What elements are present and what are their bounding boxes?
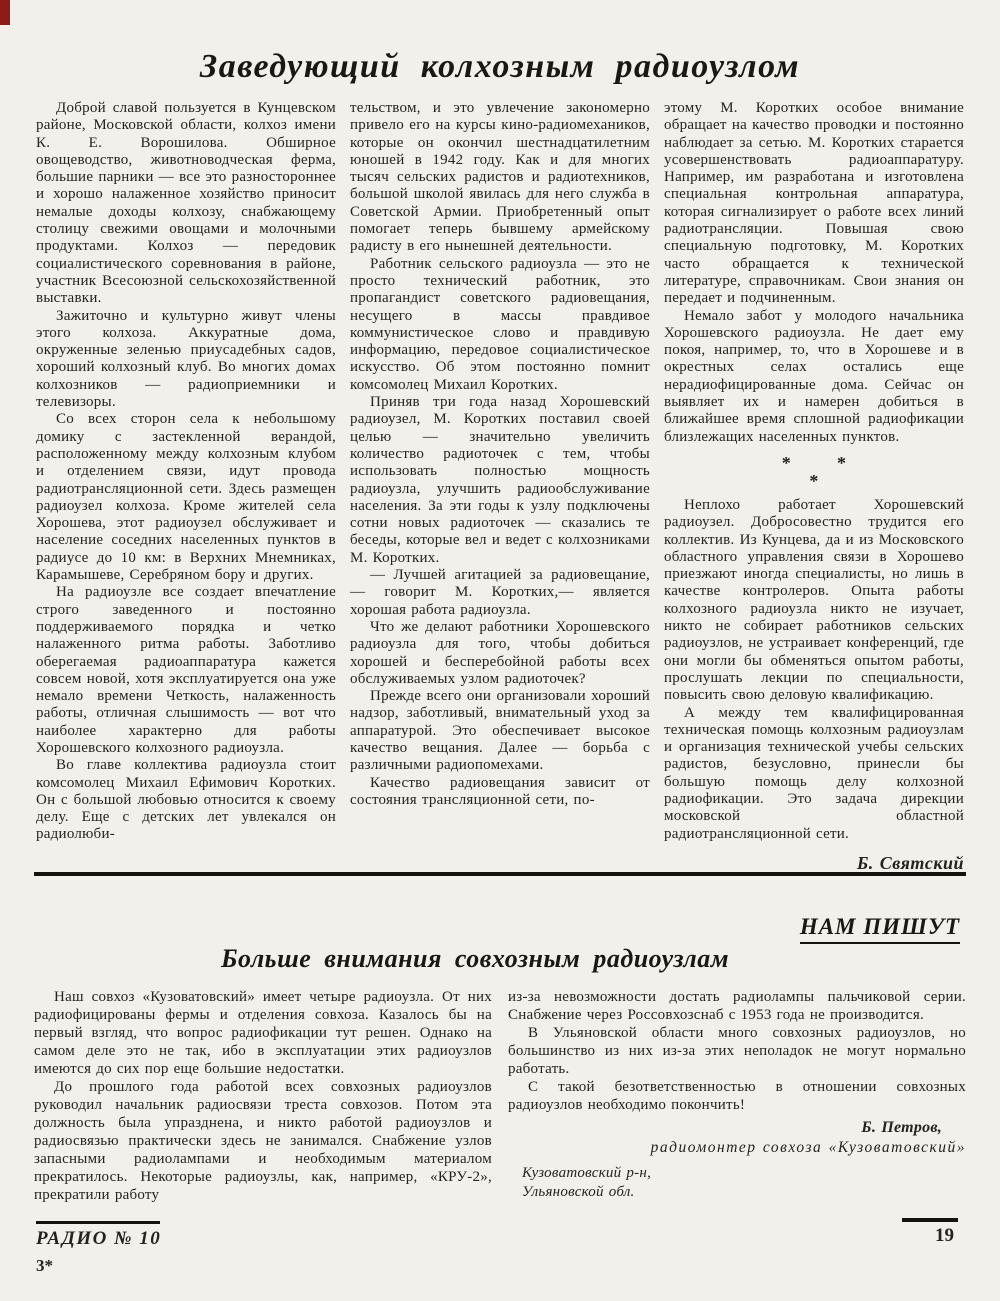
article2-location: Кузоватовский р-н, Ульяновской обл. [522,1164,966,1202]
article1-signature: Б. Святский [664,855,964,872]
paragraph: из-за невозможности достать радиолампы п… [508,988,966,1024]
paragraph: Прежде всего они организовали хороший на… [350,688,650,774]
article2-signature-name: Б. Петров, [508,1119,966,1137]
article1-column-2: тельством, и это увлечение закономерно п… [350,100,650,872]
article1-title: Заведующий колхозным радиоузлом [0,48,1000,86]
asterisk-glyph: * [837,458,846,469]
paragraph: Приняв три года назад Хорошевский радиоу… [350,394,650,567]
article2-column-1: Наш совхоз «Кузоватовский» имеет четыре … [34,988,492,1204]
paragraph: Наш совхоз «Кузоватовский» имеет четыре … [34,988,492,1078]
asterism-bottom-row: * [664,476,964,487]
asterisk-glyph: * [782,458,791,469]
paragraph: Во главе коллектива радиоузла стоит комс… [36,757,336,843]
asterisk-glyph: * [809,476,818,487]
magazine-page: Заведующий колхозным радиоузлом Доброй с… [0,0,1000,1301]
paragraph: До прошлого года работой всех совхозных … [34,1078,492,1204]
paragraph: Неплохо работает Хорошевский радиоузел. … [664,497,964,705]
paragraph: Доброй славой пользуется в Кунцевском ра… [36,100,336,308]
asterism-top-row: * * [664,458,964,469]
page-number: 19 [902,1225,954,1247]
article2-columns: Наш совхоз «Кузоватовский» имеет четыре … [34,988,966,1204]
paragraph: Работник сельского радиоузла — это не пр… [350,256,650,394]
scan-edge-mark [0,0,10,25]
location-line: Ульяновской обл. [522,1183,966,1202]
paragraph: Со всех сторон села к небольшому домику … [36,411,336,584]
paragraph: тельством, и это увлечение закономерно п… [350,100,650,256]
paragraph: А между тем квалифицированная техническа… [664,705,964,843]
paragraph: В Ульяновской области много совхозных ра… [508,1024,966,1078]
paragraph: Что же делают работники Хорошевского рад… [350,619,650,688]
paragraph: — Лучшей агитацией за радиовещание,— гов… [350,567,650,619]
paragraph: Зажиточно и культурно живут члены этого … [36,308,336,412]
article1-column-1: Доброй славой пользуется в Кунцевском ра… [36,100,336,872]
paragraph: Качество радиовещания зависит от состоян… [350,775,650,810]
asterism-divider: * * * [664,458,964,487]
article1-columns: Доброй славой пользуется в Кунцевском ра… [36,100,964,872]
paragraph: Немало забот у молодого начальника Хорош… [664,308,964,446]
paragraph: этому М. Коротких особое внимание обраща… [664,100,964,308]
paragraph: С такой безответственностью в отношении … [508,1078,966,1114]
section-divider-rule [34,872,966,876]
journal-issue-label: РАДИО № 10 [36,1228,161,1250]
footer-rule [36,1221,160,1224]
printer-signature-mark: 3* [36,1256,53,1276]
article2-title: Больше внимания совхозным радиоузлам [0,944,950,974]
location-line: Кузоватовский р-н, [522,1164,966,1183]
article1-column-3: этому М. Коротких особое внимание обраща… [664,100,964,872]
paragraph: На радиоузле все создает впечатление стр… [36,584,336,757]
article2-column-2: из-за невозможности достать радиолампы п… [508,988,966,1204]
page-number-rule [902,1218,958,1222]
section-header-nam-pishut: НАМ ПИШУТ [800,914,960,944]
article2-signature-role: радиомонтер совхоза «Кузоватовский» [508,1139,966,1157]
